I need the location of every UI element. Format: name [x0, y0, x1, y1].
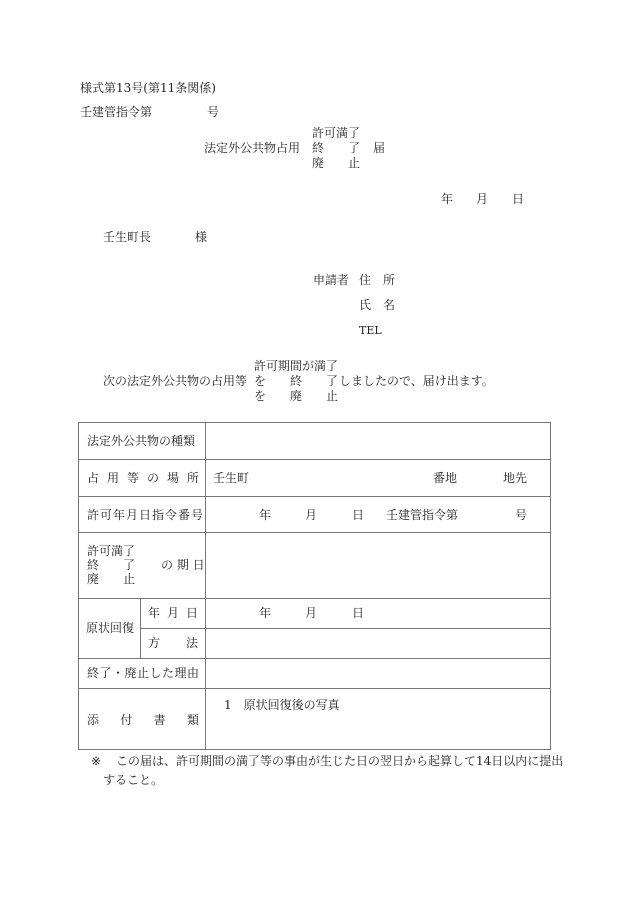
restoration-method-value[interactable]	[209, 632, 545, 654]
row-divider	[79, 459, 550, 460]
type-label: 法定外公共物の種類	[87, 434, 195, 448]
title-suffix: 届	[373, 141, 385, 155]
column-divider	[205, 423, 206, 749]
type-value[interactable]	[209, 427, 545, 455]
permit-label: 許可年月日指令番号	[87, 508, 199, 522]
location-chisaki: 地先	[503, 471, 527, 485]
addressee-honorific: 様	[195, 230, 207, 244]
reason-label: 終了・廃止した理由	[87, 666, 200, 680]
statement-option-end: を 終 了	[254, 374, 338, 388]
location-label: 占 用 等 の 場 所	[87, 471, 199, 485]
statement-prefix: 次の法定外公共物の占用等	[103, 374, 247, 388]
applicant-name-label: 氏 名	[359, 298, 395, 312]
sub-column-divider	[140, 598, 141, 658]
end-date-label-end: 終 了	[87, 558, 135, 572]
reference-suffix: 号	[207, 105, 219, 119]
date-day: 日	[512, 192, 524, 206]
restoration-day: 日	[352, 606, 364, 620]
date-year: 年	[441, 192, 453, 206]
permit-day: 日	[352, 508, 364, 522]
applicant-tel-label: TEL	[359, 324, 382, 338]
end-date-label-abolish: 廃 止	[87, 572, 135, 586]
row-divider	[79, 658, 550, 659]
reason-value[interactable]	[209, 662, 545, 684]
row-divider	[79, 496, 550, 497]
end-date-label-expiry: 許可満了	[87, 544, 135, 558]
restoration-label: 原状回復	[86, 621, 134, 635]
row-divider	[140, 628, 550, 629]
statement-option-abolish: を 廃 止	[254, 389, 338, 403]
note-mark: ※	[91, 754, 101, 768]
restoration-year: 年	[259, 606, 271, 620]
row-divider	[79, 532, 550, 533]
row-divider	[79, 598, 550, 599]
attachments-label: 添 付 書 類	[87, 713, 199, 727]
reference-prefix: 壬建管指令第	[80, 105, 152, 119]
end-date-label-suffix: の 期 日	[161, 558, 205, 572]
statement-option-expiry: 許可期間が満了	[254, 359, 338, 373]
permit-ref-prefix: 壬建管指令第	[386, 508, 458, 522]
restoration-month: 月	[305, 606, 317, 620]
location-banchi: 番地	[433, 471, 457, 485]
permit-month: 月	[305, 508, 317, 522]
applicant-label: 申請者	[313, 273, 349, 287]
title-option-expiry: 許可満了	[312, 126, 360, 140]
permit-year: 年	[259, 508, 271, 522]
date-month: 月	[476, 192, 488, 206]
restoration-method-label: 方 法	[148, 636, 198, 650]
applicant-address-label: 住 所	[359, 273, 395, 287]
title-option-abolish: 廃 止	[312, 156, 360, 170]
addressee-name: 壬生町長	[103, 230, 151, 244]
end-date-value[interactable]	[209, 537, 545, 593]
title-main: 法定外公共物占用	[204, 141, 300, 155]
note-line2: すること。	[103, 773, 163, 787]
notification-table: 法定外公共物の種類 占 用 等 の 場 所 壬生町 番地 地先 許可年月日指令番…	[78, 422, 551, 750]
form-number: 様式第13号(第11条関係)	[80, 81, 216, 95]
restoration-date-label: 年 月 日	[148, 606, 198, 620]
statement-suffix: しましたので、届け出ます。	[339, 374, 494, 388]
permit-ref-suffix: 号	[515, 508, 527, 522]
note-line1: この届は、許可期間の満了等の事由が生じた日の翌日から起算して14日以内に提出	[116, 754, 563, 768]
attachment-item: 1 原状回復後の写真	[224, 698, 340, 712]
title-option-end: 終 了	[312, 141, 360, 155]
location-town: 壬生町	[213, 471, 249, 485]
row-divider	[79, 688, 550, 689]
